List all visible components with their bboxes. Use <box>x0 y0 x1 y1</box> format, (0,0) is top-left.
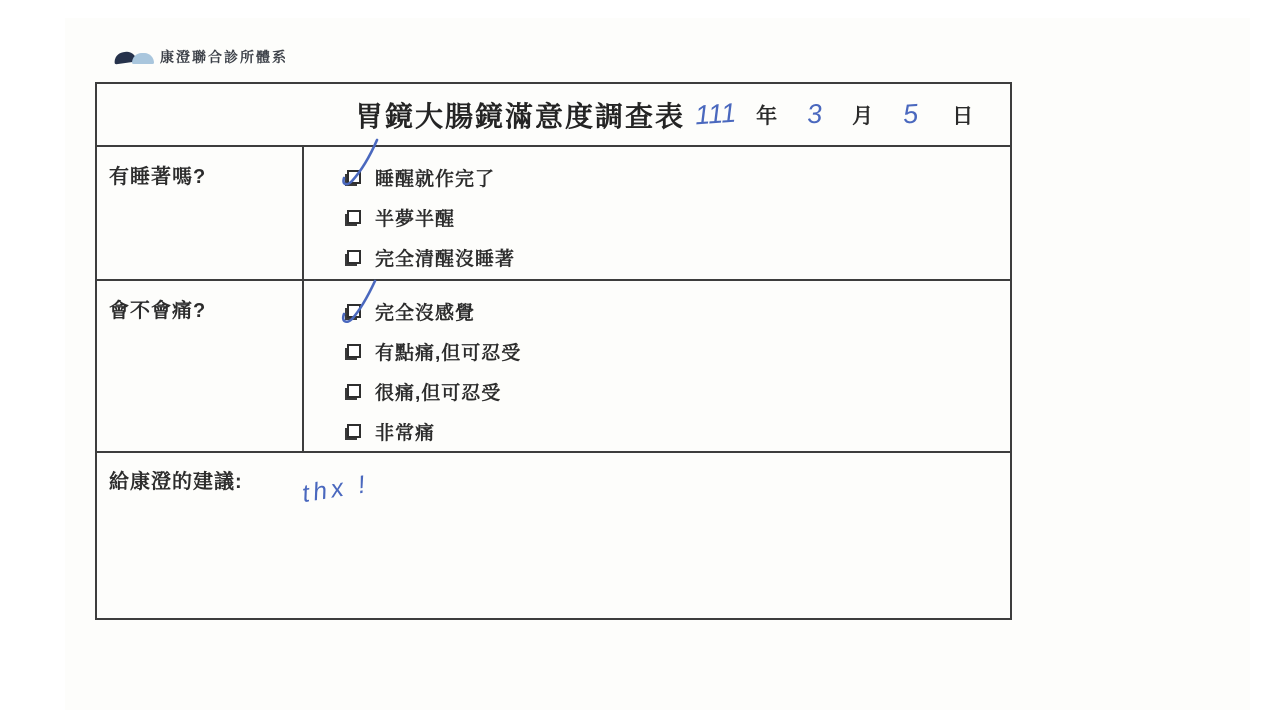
checkbox <box>347 210 361 224</box>
handwritten-suggestion: thx ! <box>300 470 371 509</box>
form-header-row: 胃鏡大腸鏡滿意度調查表 111 年 3 月 5 日 <box>97 84 1010 147</box>
checkbox <box>347 424 361 438</box>
question-sleep-label: 有睡著嗎? <box>109 166 206 188</box>
option-row: 完全沒感覺 <box>347 291 1010 331</box>
option-text: 完全沒感覺 <box>375 298 475 325</box>
year-label: 年 <box>756 100 777 130</box>
option-row: 完全清醒沒睡著 <box>347 237 1010 277</box>
handwritten-day: 5 <box>902 99 919 131</box>
logo-wing-light <box>132 53 154 64</box>
suggestion-label: 給康澄的建議: <box>109 471 243 493</box>
handwritten-year: 111 <box>694 98 737 132</box>
option-text: 完全清醒沒睡著 <box>375 244 515 271</box>
checkbox <box>347 170 361 184</box>
option-row: 半夢半醒 <box>347 197 1010 237</box>
option-row: 非常痛 <box>347 411 1010 451</box>
month-label: 月 <box>852 100 873 130</box>
clinic-logo-text: 康澄聯合診所體系 <box>160 47 288 67</box>
day-label: 日 <box>952 100 973 130</box>
option-text: 很痛,但可忍受 <box>375 378 501 405</box>
handwritten-month: 3 <box>806 99 823 131</box>
option-row: 睡醒就作完了 <box>347 157 1010 197</box>
option-row: 很痛,但可忍受 <box>347 371 1010 411</box>
option-text: 半夢半醒 <box>375 204 455 231</box>
question-row-pain: 會不會痛? 完全沒感覺 有點痛,但可忍受 很痛,但可忍受 非常痛 <box>97 281 1010 453</box>
clinic-logo: 康澄聯合診所體系 <box>112 46 288 68</box>
question-label-cell: 有睡著嗎? <box>97 147 304 279</box>
question-pain-label: 會不會痛? <box>109 300 206 322</box>
checkbox <box>347 384 361 398</box>
option-text: 睡醒就作完了 <box>375 164 495 191</box>
form-title: 胃鏡大腸鏡滿意度調查表 <box>355 95 685 135</box>
checkbox <box>347 344 361 358</box>
question-pain-options: 完全沒感覺 有點痛,但可忍受 很痛,但可忍受 非常痛 <box>304 281 1010 451</box>
question-sleep-options: 睡醒就作完了 半夢半醒 完全清醒沒睡著 <box>304 147 1010 279</box>
option-row: 有點痛,但可忍受 <box>347 331 1010 371</box>
option-text: 非常痛 <box>375 418 435 445</box>
option-text: 有點痛,但可忍受 <box>375 338 521 365</box>
survey-form-table: 胃鏡大腸鏡滿意度調查表 111 年 3 月 5 日 有睡著嗎? 睡醒就作完了 半… <box>95 82 1012 620</box>
clinic-logo-icon <box>112 49 160 65</box>
suggestion-row: 給康澄的建議: thx ! <box>97 453 1010 616</box>
question-label-cell: 會不會痛? <box>97 281 304 451</box>
checkbox <box>347 250 361 264</box>
question-row-sleep: 有睡著嗎? 睡醒就作完了 半夢半醒 完全清醒沒睡著 <box>97 147 1010 281</box>
checkbox <box>347 304 361 318</box>
